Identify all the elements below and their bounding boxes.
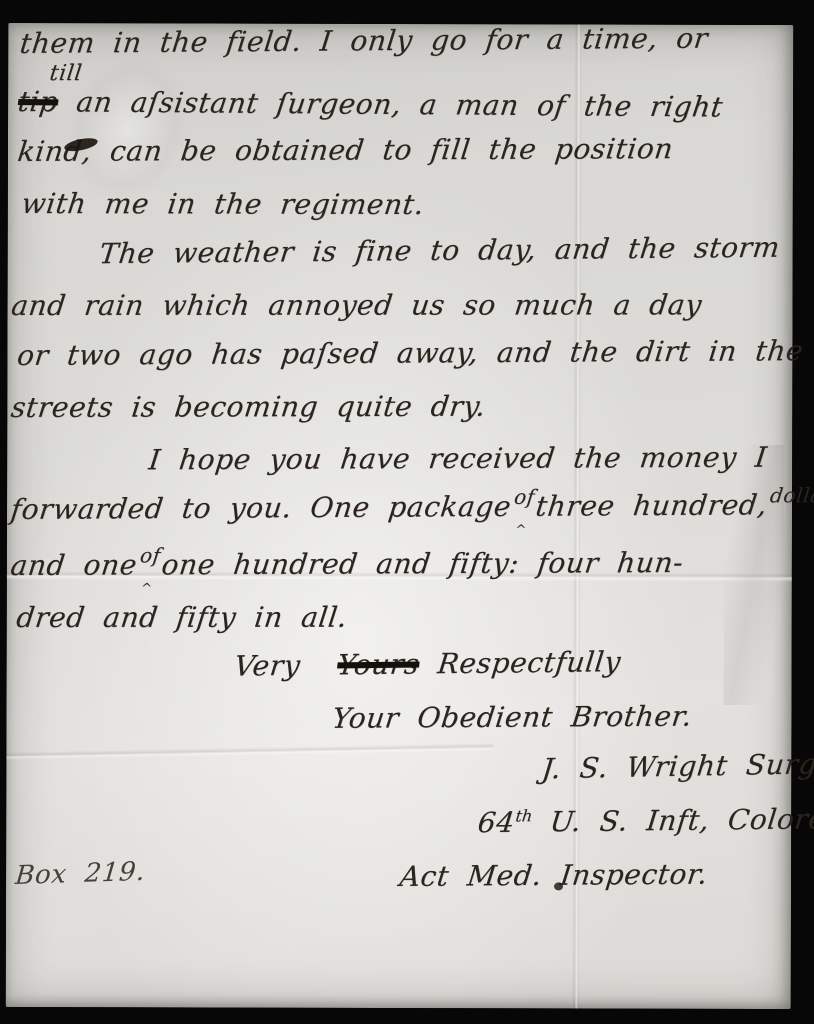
unit-number: 64 — [476, 806, 517, 839]
letter-line-6: and rain which annoyed us so much a day — [10, 288, 704, 322]
insertion-dollars: dollars — [768, 502, 814, 512]
letter-line-9: I hope you have received the money I — [147, 441, 769, 477]
letter-line-3: kind, can be obtained to fill the positi… — [16, 132, 675, 168]
closing-line-obedient: Your Obedient Brother. — [330, 700, 694, 735]
insertion-of-2: of^ — [138, 562, 161, 578]
inserted-word-of: of — [514, 492, 536, 502]
caret-mark: ^ — [515, 528, 527, 534]
insertion-of-1: of^ — [512, 504, 535, 520]
horizontal-crease-line — [6, 743, 493, 760]
letter-line-11: and oneof^one hundred and fifty: four hu… — [9, 546, 685, 582]
struck-out-word-yours: Yours — [336, 647, 422, 681]
archival-box-number: Box 219. — [14, 857, 147, 891]
closing-respectfully: Respectfully — [436, 645, 623, 680]
scan-background: them in the field. I only go for a time,… — [0, 0, 814, 1024]
inserted-word-dollars: dollars — [770, 490, 814, 500]
letter-line-10-b: three hundred, — [534, 488, 769, 522]
letter-line-11-b: one hundred and fifty: four hun- — [160, 546, 685, 581]
closing-very: Very — [233, 649, 303, 683]
inserted-word-till: till — [48, 61, 83, 86]
letter-line-8: streets is becoming quite dry. — [9, 390, 488, 424]
closing-line-respectfully: Very Yours Respectfully — [233, 645, 623, 682]
signature-unit: 64th U. S. Inft, Colored; — [476, 802, 814, 839]
letter-line-1: them in the field. I only go for a time,… — [18, 22, 710, 60]
letter-line-12: dred and fifty in all. — [15, 601, 350, 634]
caret-mark-2: ^ — [140, 586, 152, 592]
letter-line-10: forwarded to you. One packageof^three hu… — [9, 488, 814, 526]
letter-line-10-a: forwarded to you. One package — [9, 490, 513, 526]
letter-line-2: tip an aſsistant ſurgeon, a man of the r… — [16, 85, 725, 124]
signature-name: J. S. Wright Surg' — [540, 747, 814, 785]
struck-out-word: tip — [16, 85, 60, 118]
unit-rest: U. S. Inft, Colored; — [530, 802, 814, 839]
letter-line-2-text: an aſsistant ſurgeon, a man of the right — [74, 85, 725, 123]
inserted-word-of-2: of — [140, 550, 162, 560]
letter-paper: them in the field. I only go for a time,… — [6, 23, 794, 1009]
letter-line-4: with me in the regiment. — [20, 187, 426, 221]
letter-line-11-a: and one — [9, 548, 139, 582]
ink-dot — [554, 882, 563, 890]
letter-line-5: The weather is fine to day, and the stor… — [98, 231, 782, 271]
letter-line-7: or two ago has paſsed away, and the dirt… — [15, 334, 805, 372]
